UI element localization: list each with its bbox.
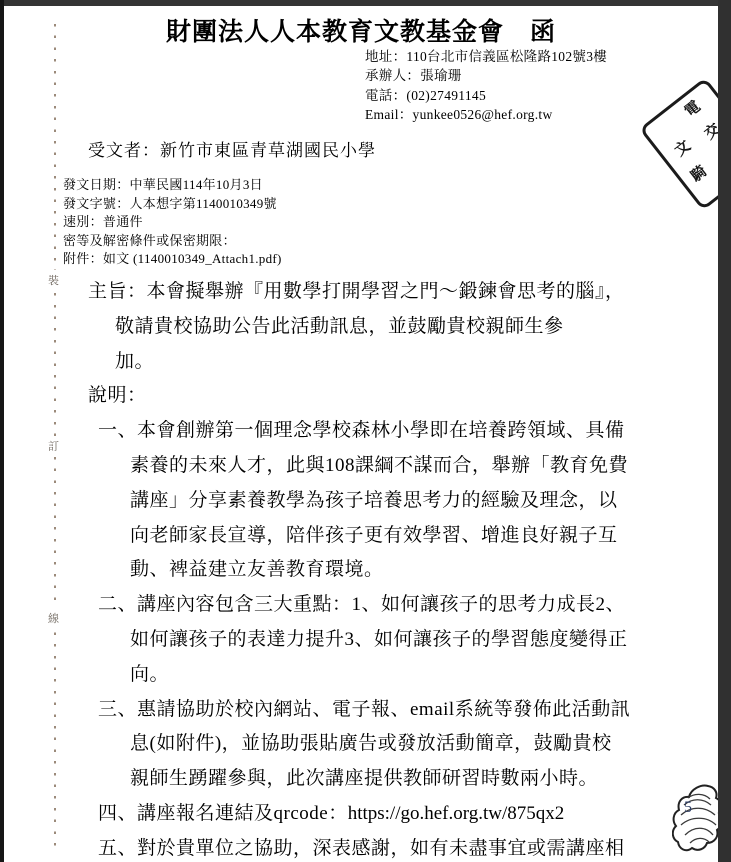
document-line: 主旨：本會擬舉辦『用數學打開學習之門～鍛鍊會思考的腦』， <box>0 275 716 310</box>
meta-line: 密等及解密條件或保密期限： <box>63 232 282 251</box>
document-line: 三、惠請協助於校內網站、電子報、email系統等發佈此活動訊 <box>0 693 716 728</box>
document-line: 講座」分享素養教學為孩子培養思考力的經驗及理念，以 <box>0 484 716 519</box>
document-line: 敬請貴校協助公告此活動訊息，並鼓勵貴校親師生參 <box>0 310 716 345</box>
qr-seal-graphic <box>672 784 724 854</box>
stamp-char: 騎 <box>686 160 711 186</box>
meta-line: 發文日期：中華民國114年10月3日 <box>63 176 282 195</box>
meta-line: 發文字號：人本想字第1140010349號 <box>63 195 282 214</box>
recipient-line: 受文者：新竹市東區青草湖國民小學 <box>88 136 376 161</box>
document-line: 說明： <box>0 379 716 414</box>
stamp-char: 文 <box>670 135 695 161</box>
viewer-frame-right <box>718 0 731 862</box>
meta-line: 速別：普通件 <box>63 213 282 232</box>
sender-info: 地址：110台北市信義區松隆路102號3樓承辦人：張瑜珊電話：(02)27491… <box>365 47 607 124</box>
document-line: 向。 <box>0 658 716 693</box>
sender-info-line: 地址：110台北市信義區松隆路102號3樓 <box>365 47 607 66</box>
document-line: 二、講座內容包含三大重點：1、如何讓孩子的思考力成長2、 <box>0 588 716 623</box>
document-line: 息(如附件)，並協助張貼廣告或發放活動簡章，鼓勵貴校 <box>0 727 716 762</box>
binding-char-xian: 線 <box>46 608 61 628</box>
sender-info-line: Email：yunkee0526@hef.org.tw <box>365 105 607 124</box>
document-line: 動、裨益建立友善教育環境。 <box>0 553 716 588</box>
meta-line: 附件：如文 (1140010349_Attach1.pdf) <box>63 250 282 269</box>
sender-info-line: 電話：(02)27491145 <box>365 86 607 105</box>
document-title: 財團法人人本教育文教基金會 函 <box>4 12 718 48</box>
document-line: 向老師家長宣導，陪伴孩子更有效學習、增進良好親子互 <box>0 519 716 554</box>
meta-block: 發文日期：中華民國114年10月3日發文字號：人本想字第1140010349號速… <box>63 176 282 269</box>
document-line: 親師生踴躍參與，此次講座提供教師研習時數兩小時。 <box>0 762 716 797</box>
document-viewer: { "colors": { "viewer_frame": "#343434",… <box>0 0 731 862</box>
document-line: 一、本會創辦第一個理念學校森林小學即在培養跨領域、具備 <box>0 414 716 449</box>
document-line: 四、講座報名連結及qrcode：https://go.hef.org.tw/87… <box>0 797 716 832</box>
document-line: 加。 <box>0 345 716 380</box>
page-number: 5 <box>684 799 692 817</box>
binding-char-ding: 訂 <box>46 436 61 456</box>
binding-char-zhuang: 裝 <box>46 270 61 290</box>
document-body: 主旨：本會擬舉辦『用數學打開學習之門～鍛鍊會思考的腦』，敬請貴校協助公告此活動訊… <box>0 275 716 862</box>
document-line: 如何讓孩子的表達力提升3、如何讓孩子的學習態度變得正 <box>0 623 716 658</box>
registration-url[interactable]: https://go.hef.org.tw/875qx2 <box>348 803 565 824</box>
sender-info-line: 承辦人：張瑜珊 <box>365 66 607 85</box>
stamp-char: 電 <box>680 95 705 121</box>
viewer-frame-top <box>0 0 731 6</box>
document-line: 五、對於貴單位之協助，深表感謝，如有未盡事宜或需講座相 <box>0 832 716 862</box>
document-line: 素養的未來人才，此與108課綱不謀而合，舉辦「教育免費 <box>0 449 716 484</box>
viewer-frame-left <box>0 0 4 862</box>
